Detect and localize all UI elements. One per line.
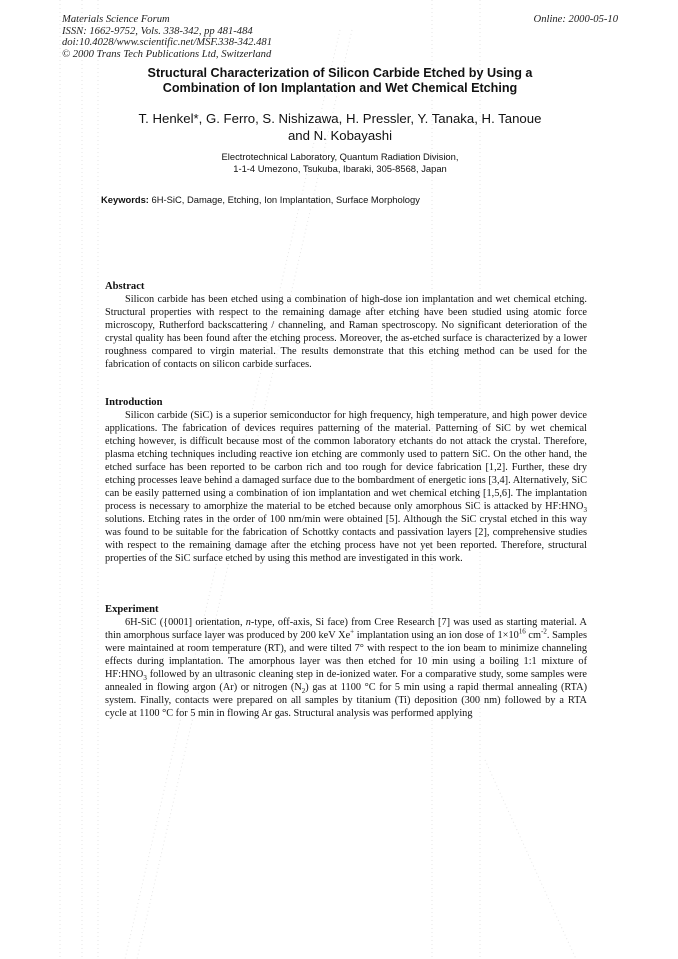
paper-title: Structural Characterization of Silicon C… (92, 66, 588, 95)
online-date: Online: 2000-05-10 (534, 14, 618, 26)
keywords-label: Keywords: (101, 194, 149, 205)
authors-line-1: T. Henkel*, G. Ferro, S. Nishizawa, H. P… (92, 110, 588, 127)
copyright-line: © 2000 Trans Tech Publications Ltd, Swit… (62, 49, 272, 61)
affiliation-line-1: Electrotechnical Laboratory, Quantum Rad… (92, 151, 588, 163)
title-line-1: Structural Characterization of Silicon C… (92, 66, 588, 81)
introduction-section: Introduction Silicon carbide (SiC) is a … (105, 396, 587, 565)
experiment-section: Experiment 6H-SiC ({0001] orientation, n… (105, 603, 587, 720)
journal-header: Materials Science Forum ISSN: 1662-9752,… (62, 14, 272, 60)
abstract-heading: Abstract (105, 280, 587, 293)
author-list: T. Henkel*, G. Ferro, S. Nishizawa, H. P… (92, 110, 588, 144)
doi-line: doi:10.4028/www.scientific.net/MSF.338-3… (62, 37, 272, 49)
introduction-text: Silicon carbide (SiC) is a superior semi… (105, 409, 587, 565)
affiliation-line-2: 1-1-4 Umezono, Tsukuba, Ibaraki, 305-856… (92, 163, 588, 175)
title-line-2: Combination of Ion Implantation and Wet … (92, 81, 588, 96)
journal-name: Materials Science Forum (62, 14, 272, 26)
authors-line-2: and N. Kobayashi (92, 127, 588, 144)
experiment-heading: Experiment (105, 603, 587, 616)
abstract-text: Silicon carbide has been etched using a … (105, 293, 587, 371)
affiliation: Electrotechnical Laboratory, Quantum Rad… (92, 151, 588, 175)
experiment-text: 6H-SiC ({0001] orientation, n-type, off-… (105, 616, 587, 720)
abstract-section: Abstract Silicon carbide has been etched… (105, 280, 587, 371)
keywords: Keywords: 6H-SiC, Damage, Etching, Ion I… (101, 194, 420, 206)
introduction-heading: Introduction (105, 396, 587, 409)
keywords-list: 6H-SiC, Damage, Etching, Ion Implantatio… (152, 194, 420, 205)
issn-line: ISSN: 1662-9752, Vols. 338-342, pp 481-4… (62, 26, 272, 38)
